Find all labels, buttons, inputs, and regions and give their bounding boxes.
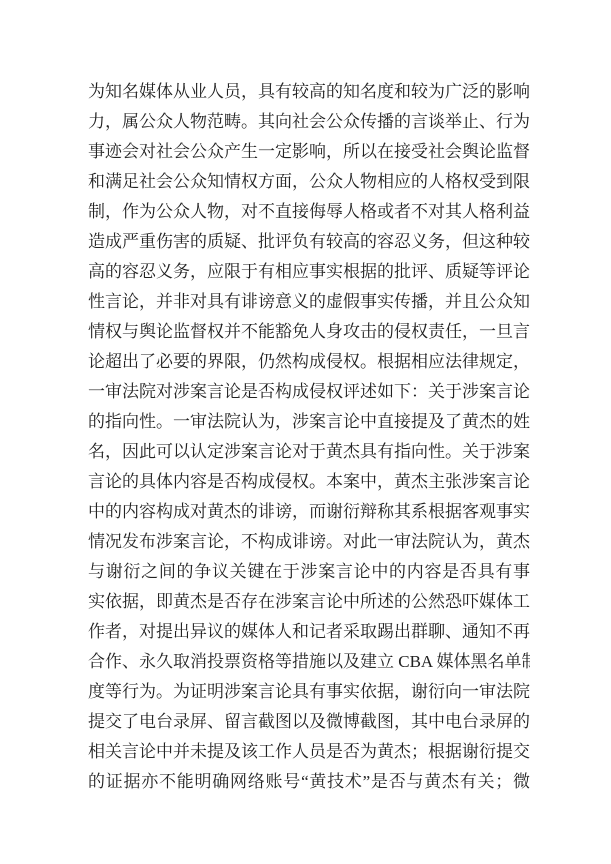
document-line: 提交了电台录屏、留言截图以及微博截图，其中电台录屏的 — [88, 707, 530, 737]
document-line: 作者，对提出异议的媒体人和记者采取踢出群聊、通知不再 — [88, 617, 530, 647]
document-line: 相关言论中并未提及该工作人员是否为黄杰；根据谢衍提交 — [88, 737, 530, 767]
document-text-block: 为知名媒体从业人员，具有较高的知名度和较为广泛的影响 力，属公众人物范畴。其向社… — [88, 77, 530, 797]
document-line: 力，属公众人物范畴。其向社会公众传播的言谈举止、行为 — [88, 107, 530, 137]
document-line: 事迹会对社会公众产生一定影响，所以在接受社会舆论监督 — [88, 137, 530, 167]
document-line: 中的内容构成对黄杰的诽谤，而谢衍辩称其系根据客观事实 — [88, 497, 530, 527]
document-line: 制，作为公众人物，对不直接侮辱人格或者不对其人格利益 — [88, 197, 530, 227]
document-line: 情况发布涉案言论，不构成诽谤。对此一审法院认为，黄杰 — [88, 527, 530, 557]
document-line: 为知名媒体从业人员，具有较高的知名度和较为广泛的影响 — [88, 77, 530, 107]
document-line: 高的容忍义务，应限于有相应事实根据的批评、质疑等评论 — [88, 257, 530, 287]
document-line: 的证据亦不能明确网络账号“黄技术”是否与黄杰有关；微 — [88, 767, 530, 797]
document-line: 的指向性。一审法院认为，涉案言论中直接提及了黄杰的姓 — [88, 407, 530, 437]
document-line: 度等行为。为证明涉案言论具有事实依据，谢衍向一审法院 — [88, 677, 530, 707]
document-line: 论超出了必要的界限，仍然构成侵权。根据相应法律规定， — [88, 347, 530, 377]
document-line: 造成严重伤害的质疑、批评负有较高的容忍义务，但这种较 — [88, 227, 530, 257]
document-line: 合作、永久取消投票资格等措施以及建立 CBA 媒体黑名单制 — [88, 647, 530, 677]
document-line: 情权与舆论监督权并不能豁免人身攻击的侵权责任，一旦言 — [88, 317, 530, 347]
document-line: 实依据，即黄杰是否存在涉案言论中所述的公然恐吓媒体工 — [88, 587, 530, 617]
document-line: 一审法院对涉案言论是否构成侵权评述如下：关于涉案言论 — [88, 377, 530, 407]
document-line: 言论的具体内容是否构成侵权。本案中，黄杰主张涉案言论 — [88, 467, 530, 497]
document-line: 与谢衍之间的争议关键在于涉案言论中的内容是否具有事 — [88, 557, 530, 587]
document-line: 性言论，并非对具有诽谤意义的虚假事实传播，并且公众知 — [88, 287, 530, 317]
document-line: 名，因此可以认定涉案言论对于黄杰具有指向性。关于涉案 — [88, 437, 530, 467]
document-line: 和满足社会公众知情权方面，公众人物相应的人格权受到限 — [88, 167, 530, 197]
document-page: 为知名媒体从业人员，具有较高的知名度和较为广泛的影响 力，属公众人物范畴。其向社… — [0, 0, 611, 864]
